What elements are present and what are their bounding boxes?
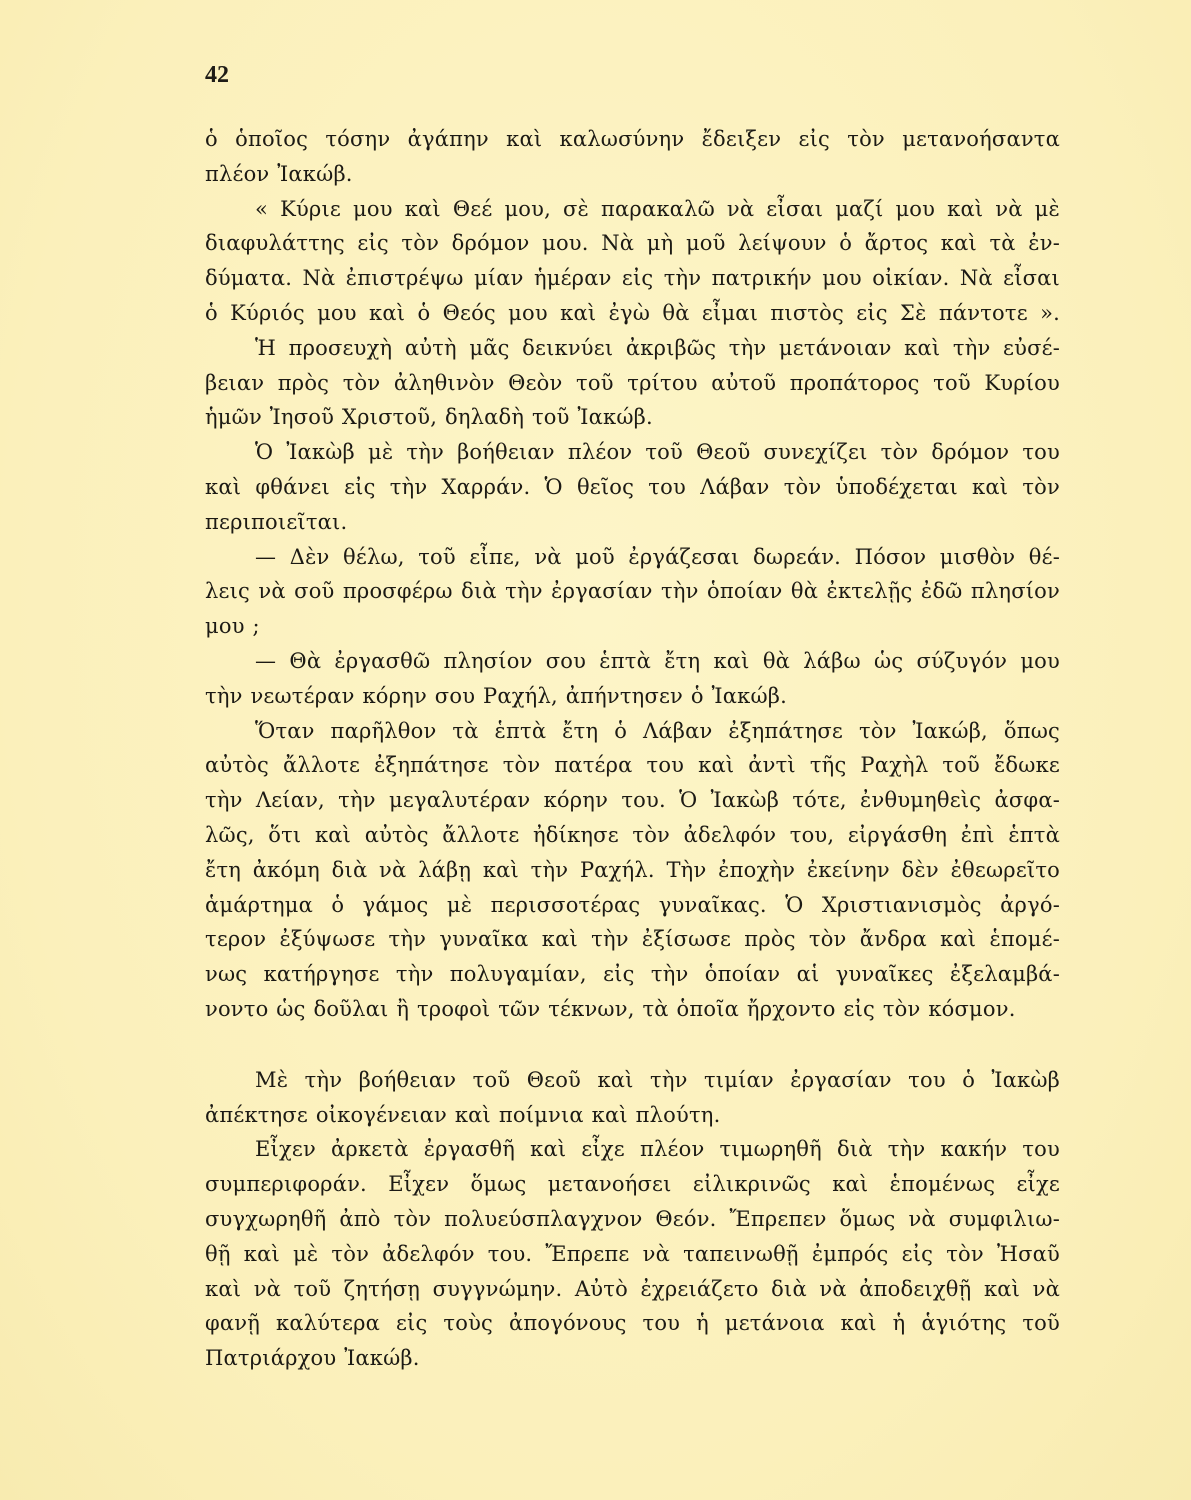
text-line: τὴν Λείαν, τὴν μεγαλυτέραν κόρην του. Ὁ … <box>205 783 1060 818</box>
text-line: περιποιεῖται. <box>205 505 1060 540</box>
text-line: ὁ Κύριός μου καὶ ὁ Θεός μου καὶ ἐγὼ θὰ ε… <box>205 296 1060 331</box>
section-break <box>205 1027 1060 1063</box>
page-number: 42 <box>205 62 229 89</box>
text-line: Μὲ τὴν βοήθειαν τοῦ Θεοῦ καὶ τὴν τιμίαν … <box>205 1063 1060 1098</box>
text-line: — Δὲν θέλω, τοῦ εἶπε, νὰ μοῦ ἐργάζεσαι δ… <box>205 540 1060 575</box>
text-line: Ὅταν παρῆλθον τὰ ἑπτὰ ἔτη ὁ Λάβαν ἐξηπάτ… <box>205 714 1060 749</box>
text-line: λῶς, ὅτι καὶ αὐτὸς ἄλλοτε ἠδίκησε τὸν ἀδ… <box>205 818 1060 853</box>
text-line: νοντο ὡς δοῦλαι ἢ τροφοὶ τῶν τέκνων, τὰ … <box>205 992 1060 1027</box>
paragraph-9: Εἶχεν ἀρκετὰ ἐργασθῆ καὶ εἶχε πλέον τιμω… <box>205 1132 1060 1376</box>
text-line: μου ; <box>205 609 1060 644</box>
paragraph-6-dialogue: — Θὰ ἐργασθῶ πλησίον σου ἑπτὰ ἔτη καὶ θὰ… <box>205 644 1060 714</box>
paragraph-5-dialogue: — Δὲν θέλω, τοῦ εἶπε, νὰ μοῦ ἐργάζεσαι δ… <box>205 540 1060 644</box>
text-line: καὶ νὰ τοῦ ζητήσῃ συγγνώμην. Αὐτὸ ἐχρειά… <box>205 1272 1060 1307</box>
text-line: νως κατήργησε τὴν πολυγαμίαν, εἰς τὴν ὁπ… <box>205 957 1060 992</box>
text-line: Ἡ προσευχὴ αὐτὴ μᾶς δεικνύει ἀκριβῶς τὴν… <box>205 331 1060 366</box>
text-line: αὐτὸς ἄλλοτε ἐξηπάτησε τὸν πατέρα του κα… <box>205 748 1060 783</box>
text-line: Ὁ Ἰακὼβ μὲ τὴν βοήθειαν πλέον τοῦ Θεοῦ σ… <box>205 435 1060 470</box>
text-line: « Κύριε μου καὶ Θεέ μου, σὲ παρακαλῶ νὰ … <box>205 192 1060 227</box>
text-line: — Θὰ ἐργασθῶ πλησίον σου ἑπτὰ ἔτη καὶ θὰ… <box>205 644 1060 679</box>
text-line: ἀπέκτησε οἰκογένειαν καὶ ποίμνια καὶ πλο… <box>205 1098 1060 1133</box>
text-line: φανῇ καλύτερα εἰς τοὺς ἀπογόνους του ἡ μ… <box>205 1306 1060 1341</box>
text-line: βειαν πρὸς τὸν ἀληθινὸν Θεὸν τοῦ τρίτου … <box>205 366 1060 401</box>
paragraph-4: Ὁ Ἰακὼβ μὲ τὴν βοήθειαν πλέον τοῦ Θεοῦ σ… <box>205 435 1060 539</box>
text-line: θῇ καὶ μὲ τὸν ἀδελφόν του. Ἔπρεπε νὰ ταπ… <box>205 1237 1060 1272</box>
text-line: Εἶχεν ἀρκετὰ ἐργασθῆ καὶ εἶχε πλέον τιμω… <box>205 1132 1060 1167</box>
text-line: δύματα. Νὰ ἐπιστρέψω μίαν ἡμέραν εἰς τὴν… <box>205 261 1060 296</box>
paragraph-2: « Κύριε μου καὶ Θεέ μου, σὲ παρακαλῶ νὰ … <box>205 192 1060 331</box>
text-line: τὴν νεωτέραν κόρην σου Ραχήλ, ἀπήντησεν … <box>205 679 1060 714</box>
text-line: ὁ ὁποῖος τόσην ἀγάπην καὶ καλωσύνην ἔδει… <box>205 122 1060 157</box>
text-line: συμπεριφοράν. Εἶχεν ὅμως μετανοήσει εἰλι… <box>205 1167 1060 1202</box>
text-line: λεις νὰ σοῦ προσφέρω διὰ τὴν ἐργασίαν τὴ… <box>205 574 1060 609</box>
text-line: ἁμάρτημα ὁ γάμος μὲ περισσοτέρας γυναῖκα… <box>205 888 1060 923</box>
paragraph-1: ὁ ὁποῖος τόσην ἀγάπην καὶ καλωσύνην ἔδει… <box>205 122 1060 192</box>
text-line: ἔτη ἀκόμη διὰ νὰ λάβῃ καὶ τὴν Ραχήλ. Τὴν… <box>205 853 1060 888</box>
paragraph-3: Ἡ προσευχὴ αὐτὴ μᾶς δεικνύει ἀκριβῶς τὴν… <box>205 331 1060 435</box>
paragraph-8: Μὲ τὴν βοήθειαν τοῦ Θεοῦ καὶ τὴν τιμίαν … <box>205 1063 1060 1133</box>
text-line: συγχωρηθῆ ἀπὸ τὸν πολυεύσπλαγχνον Θεόν. … <box>205 1202 1060 1237</box>
text-line: ἡμῶν Ἰησοῦ Χριστοῦ, δηλαδὴ τοῦ Ἰακώβ. <box>205 400 1060 435</box>
text-line: πλέον Ἰακώβ. <box>205 157 1060 192</box>
text-line: διαφυλάττης εἰς τὸν δρόμον μου. Νὰ μὴ μο… <box>205 226 1060 261</box>
text-line: Πατριάρχου Ἰακώβ. <box>205 1341 1060 1376</box>
text-line: καὶ φθάνει εἰς τὴν Χαρράν. Ὁ θεῖος του Λ… <box>205 470 1060 505</box>
text-line: τερον ἐξύψωσε τὴν γυναῖκα καὶ τὴν ἐξίσωσ… <box>205 922 1060 957</box>
body-text: ὁ ὁποῖος τόσην ἀγάπην καὶ καλωσύνην ἔδει… <box>205 122 1060 1376</box>
paragraph-7: Ὅταν παρῆλθον τὰ ἑπτὰ ἔτη ὁ Λάβαν ἐξηπάτ… <box>205 714 1060 1027</box>
